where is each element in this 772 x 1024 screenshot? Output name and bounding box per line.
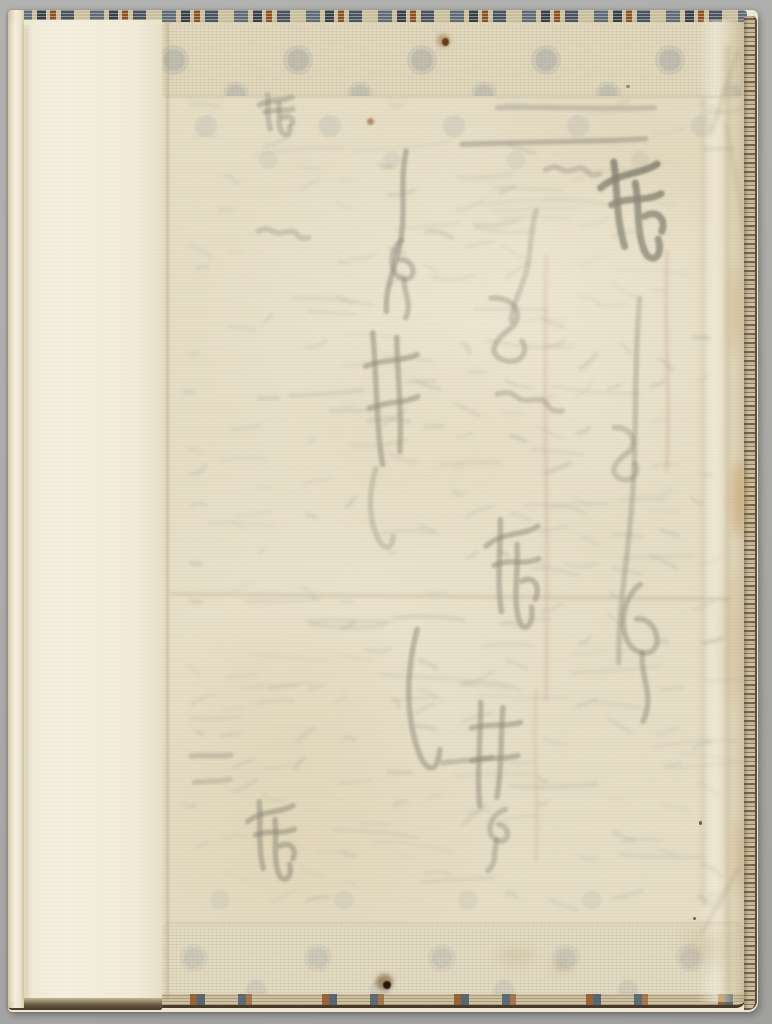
photo-backdrop — [0, 0, 772, 1024]
spine-fold — [8, 10, 24, 1008]
pasted-paper-with-showthrough — [160, 96, 744, 926]
bottom-woven-edge — [160, 994, 746, 1008]
bottom-fabric-medallion-band — [160, 924, 744, 996]
pale-pastedown-strip — [22, 20, 162, 998]
right-fabric-fore-edge — [744, 16, 757, 1010]
bottom-board-edge — [8, 998, 162, 1010]
crinkled-right-margin — [698, 20, 746, 1002]
